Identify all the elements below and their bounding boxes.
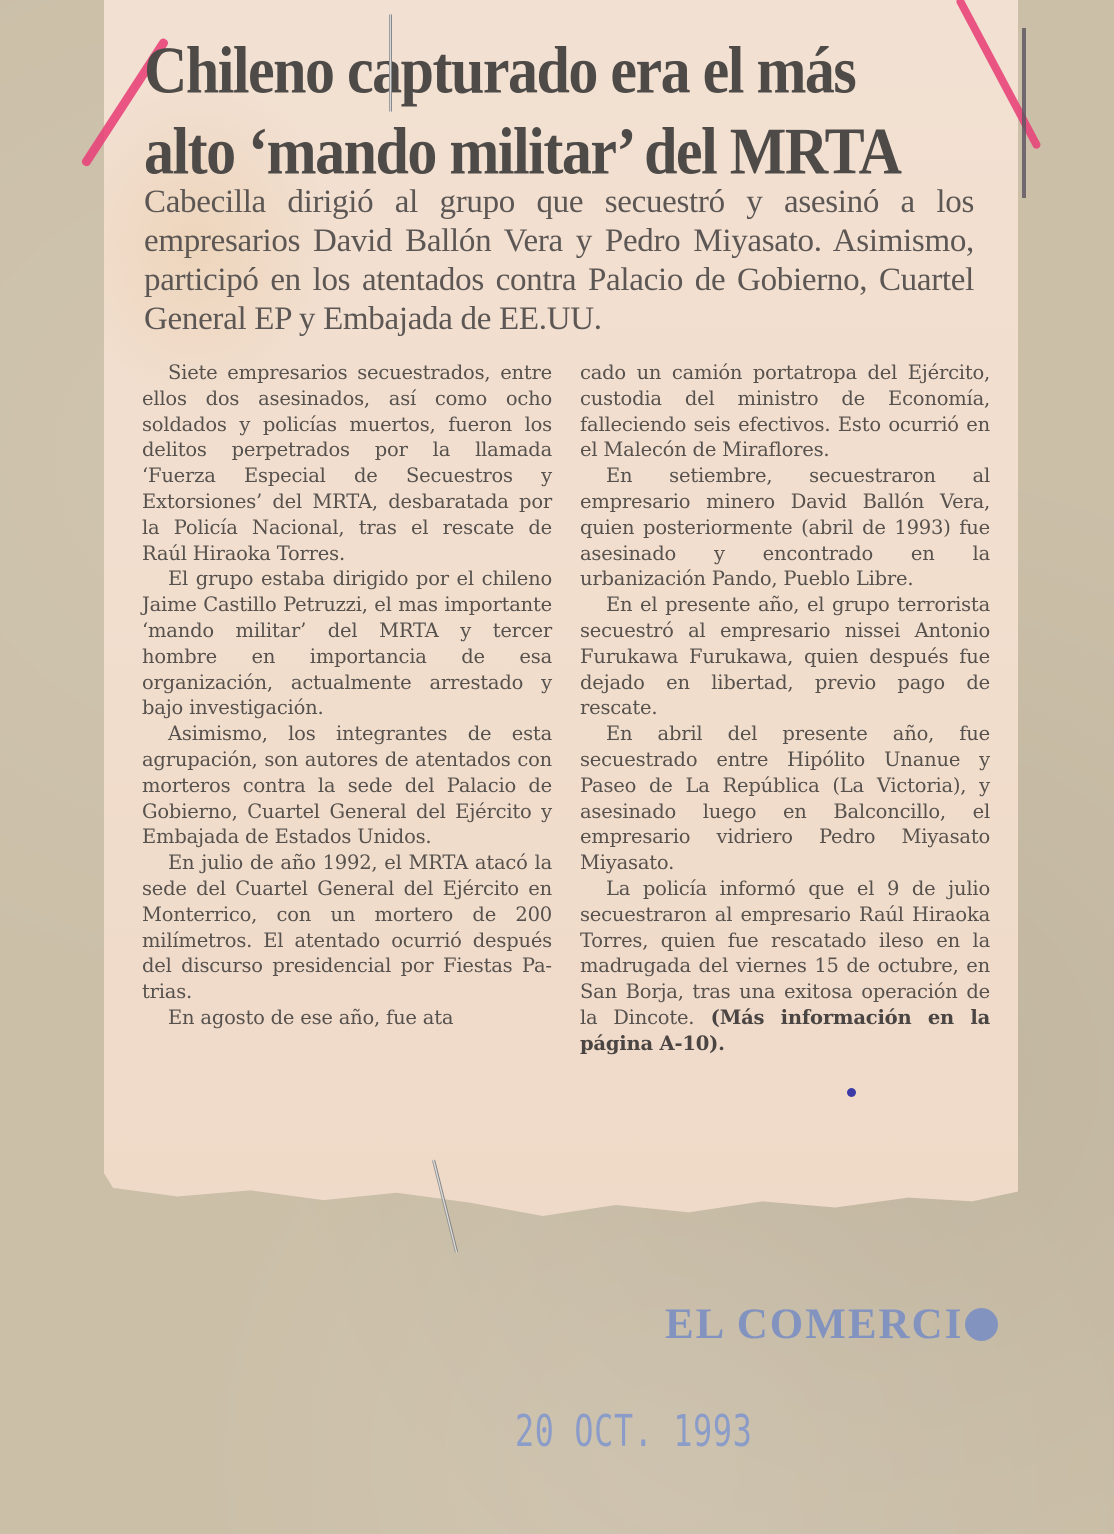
paragraph: Asimismo, los integrantes de esta agrupa… (142, 721, 552, 850)
paragraph: En setiembre, secuestraron al empresario… (580, 463, 990, 592)
date-stamp: 20 OCT. 1993 (515, 1406, 753, 1457)
paragraph: El grupo estaba dirigido por el chileno … (142, 566, 552, 721)
paragraph-continuation: cado un camión portatropa del Ejército, … (580, 360, 990, 463)
paragraph: En julio de año 1992, el MRTA atacó la s… (142, 850, 552, 1005)
paragraph: Siete empresarios secuestrados, entre el… (142, 360, 552, 566)
article-column-right: cado un camión portatropa del Ejército, … (580, 360, 990, 1057)
staple-top (389, 14, 392, 112)
headline: Chileno capturado era el más alto ‘mando… (144, 30, 1004, 191)
article-column-left: Siete empresarios secuestrados, entre el… (142, 360, 552, 1031)
paragraph: En el presente año, el grupo te­rrorista… (580, 592, 990, 721)
headline-line-1: Chileno capturado era el más (144, 33, 855, 107)
ink-edge-mark (1022, 28, 1026, 198)
paragraph-final: La policía informó que el 9 de julio sec… (580, 876, 990, 1057)
paragraph: En abril del presente año, fue secuestra… (580, 721, 990, 876)
headline-line-2: alto ‘mando militar’ del MRTA (144, 114, 900, 188)
newspaper-name: EL COMERCI (665, 1301, 963, 1348)
newspaper-name-stamp: EL COMERCI (665, 1300, 998, 1349)
stamp-circle-icon (965, 1308, 998, 1341)
paragraph: En agosto de ese año, fue ata­ (142, 1005, 552, 1031)
ink-spot (847, 1088, 856, 1097)
deck-subheadline: Cabecilla dirigió al grupo que secuestró… (144, 183, 974, 339)
